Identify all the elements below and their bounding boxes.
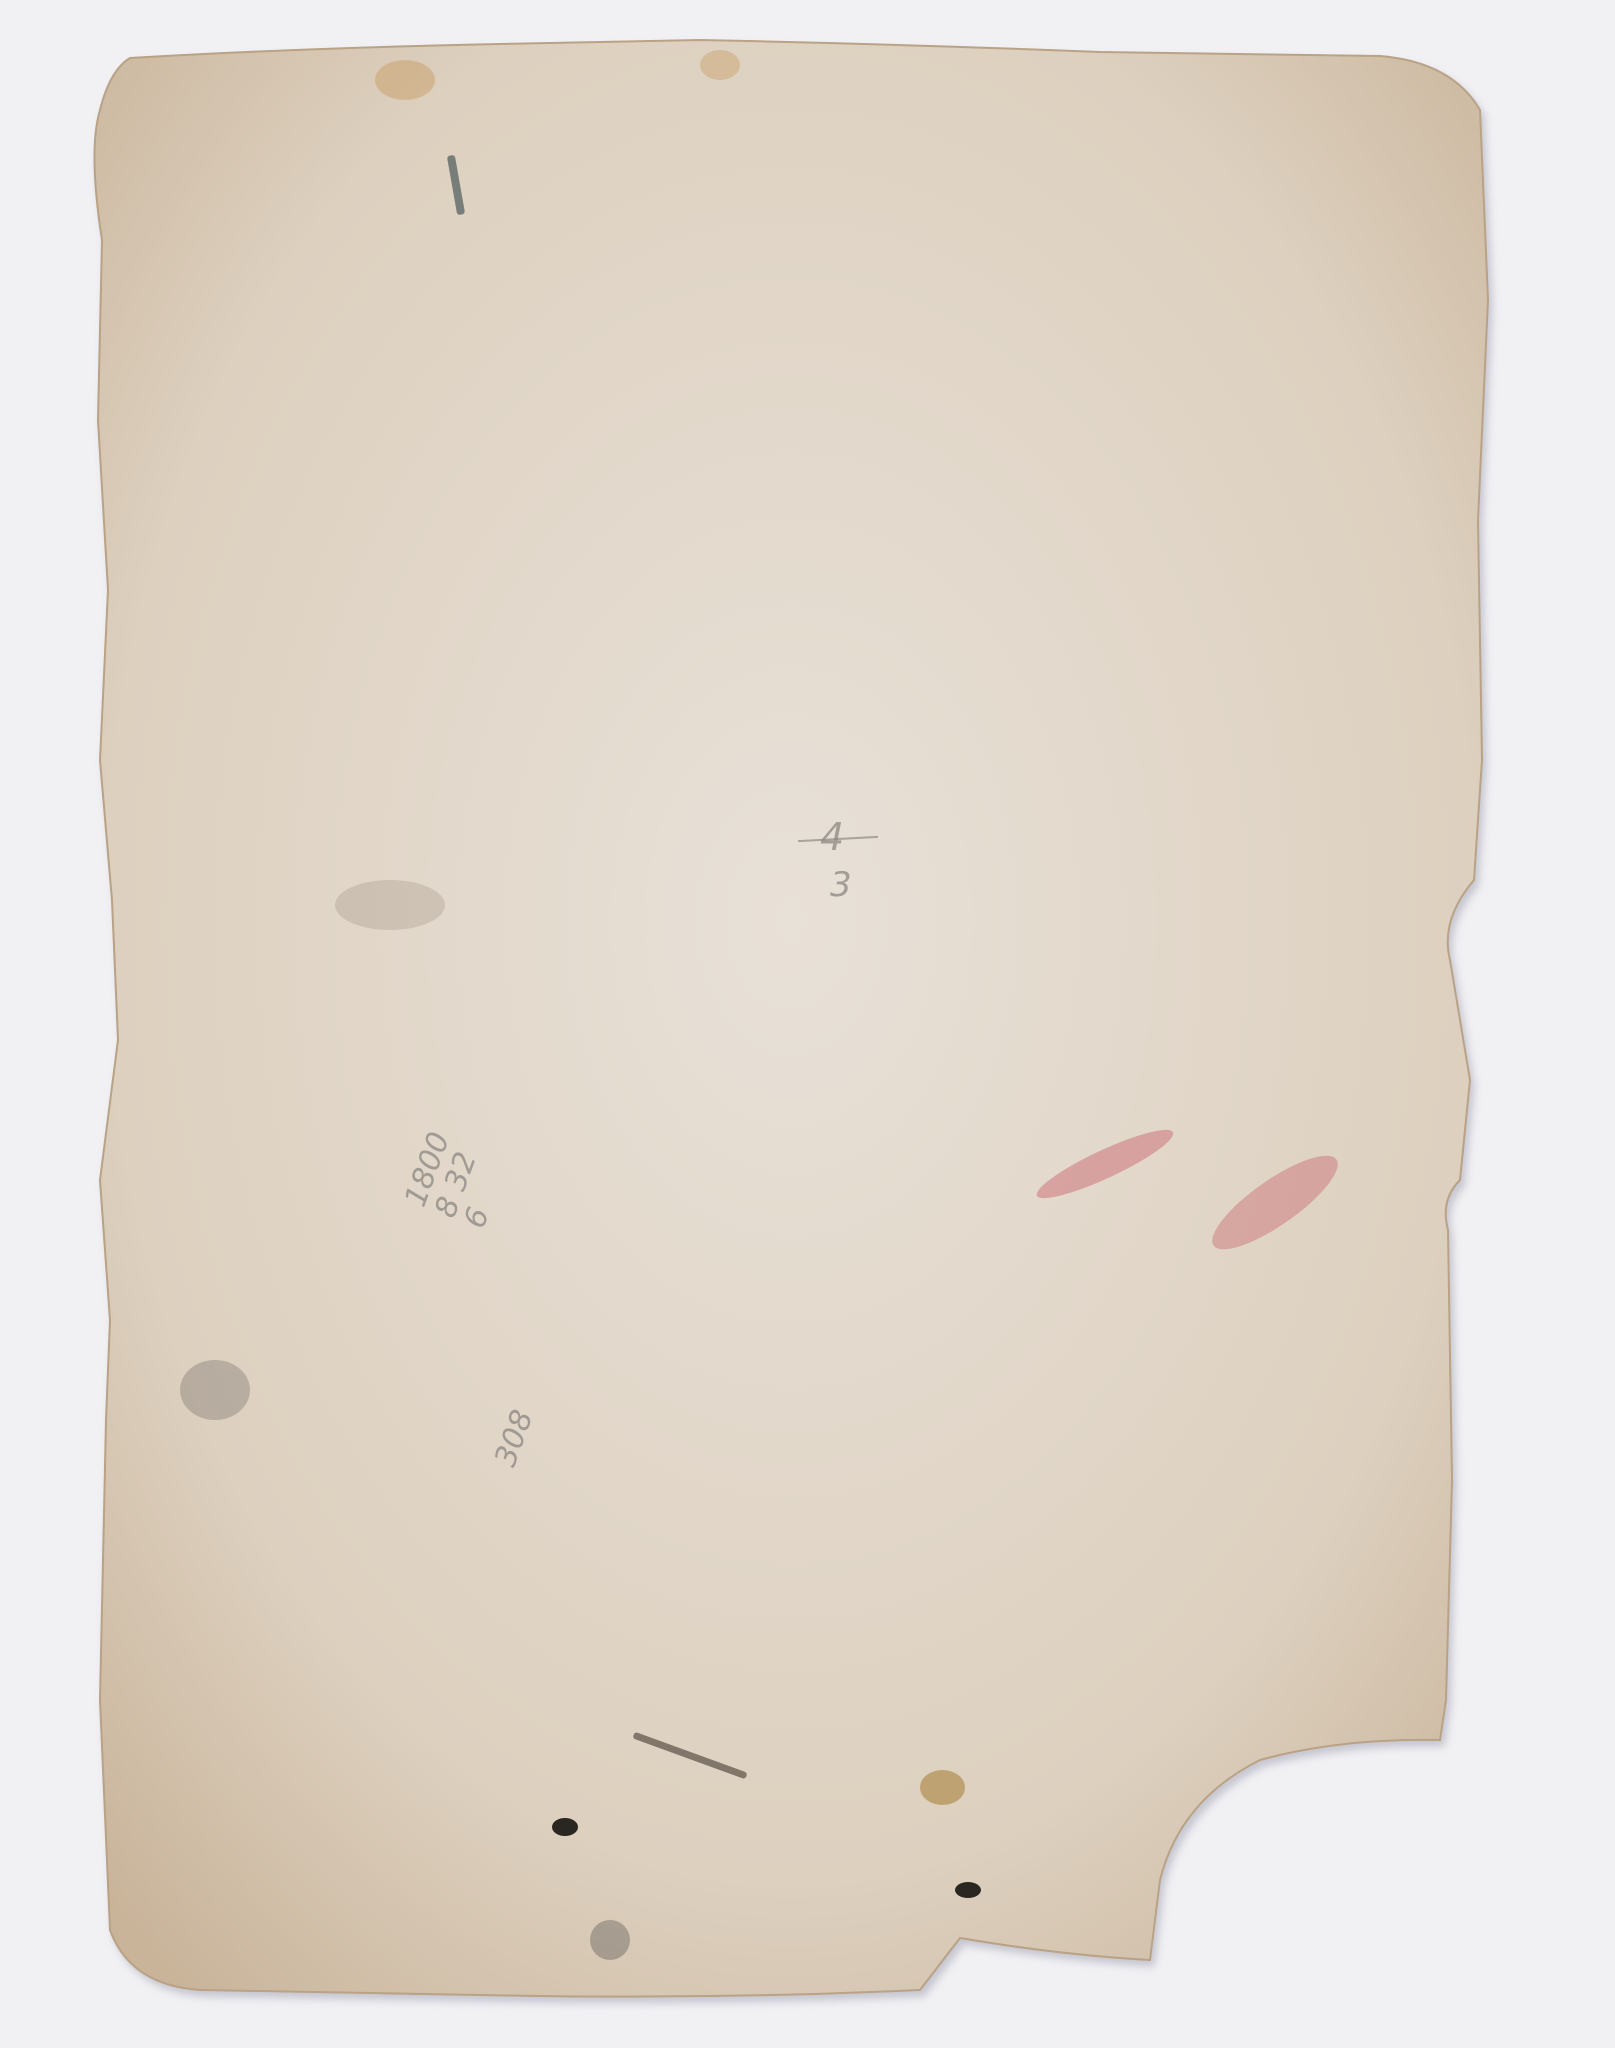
pencil-denominator: 3 [830, 868, 852, 904]
aged-paper-sheet [0, 0, 1615, 2048]
